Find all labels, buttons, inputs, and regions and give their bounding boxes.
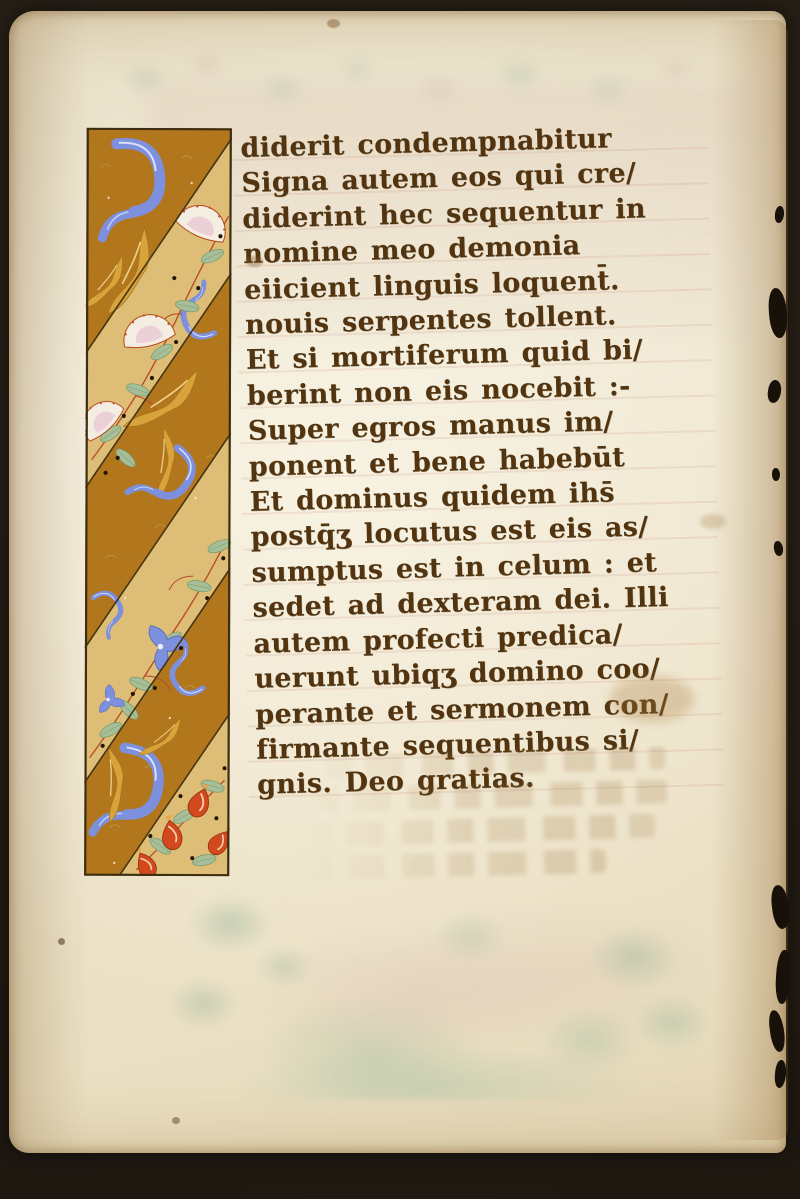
stain-spot <box>610 676 694 722</box>
ghost-text-row <box>305 814 656 847</box>
bleed-through-bottom <box>165 885 710 1100</box>
stain-spot <box>172 1117 180 1124</box>
border-artwork <box>84 128 233 877</box>
ghost-text-bleed <box>303 745 671 891</box>
leaf-gutter-shading <box>9 11 89 1153</box>
ghost-text-row <box>312 779 668 812</box>
edge-stain <box>772 468 780 481</box>
stain-spot <box>246 256 263 267</box>
ghost-text-row <box>306 849 607 881</box>
stain-spot <box>58 938 65 945</box>
stain-spot <box>700 514 726 529</box>
illuminated-border <box>84 128 233 877</box>
manuscript-photo: diderit condempnabitur Signa autem eos q… <box>0 0 800 1199</box>
stain-spot <box>327 19 340 28</box>
